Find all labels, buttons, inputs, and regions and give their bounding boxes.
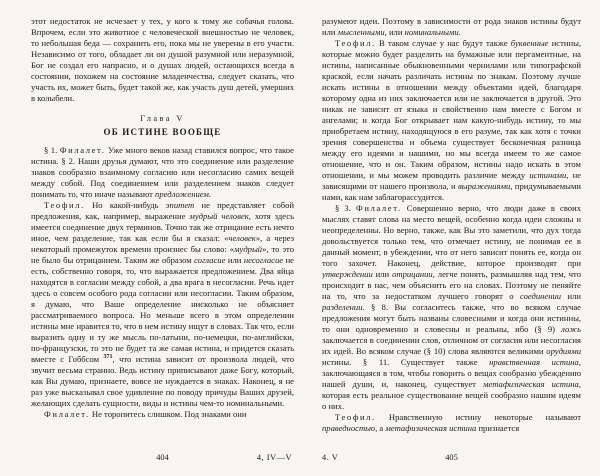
text-segment: истины, которые можно будет разделить на… <box>322 38 581 180</box>
speaker-name: Филалет. <box>60 145 106 155</box>
text-segment: § 3. <box>335 203 356 213</box>
text-segment: орудиями <box>546 346 581 356</box>
text-segment: мысленными, <box>338 27 387 37</box>
text-segment: отрицании, <box>392 269 435 279</box>
chapter-title: ОБ ИСТИНЕ ВООБЩЕ <box>31 127 294 138</box>
speaker-name: Теофил. <box>335 38 376 48</box>
paragraph: этот недостаток не исчезает у тех, у ког… <box>31 16 294 104</box>
page-number: 404 <box>31 452 294 463</box>
paragraph: § 3. Филалет. Совершенно верно, что люди… <box>322 203 581 412</box>
text-segment: мудрый <box>234 244 262 254</box>
paragraph: Филалет. Не торопитесь слишком. Под знак… <box>31 409 294 420</box>
chapter-number: Глава V <box>31 113 294 124</box>
speaker-name: Теофил. <box>335 412 376 422</box>
page-left-footer: 404 4, IV—V <box>31 452 294 463</box>
text-segment: номинальными. <box>405 27 461 37</box>
text-segment: мудрый человек, <box>189 211 251 221</box>
text-segment: § 1. <box>44 145 60 155</box>
text-segment: соединении <box>520 291 561 301</box>
page-number: 405 <box>322 452 581 463</box>
text-segment: признается <box>476 423 519 433</box>
text-segment: В таком случае у нас будут также <box>376 38 511 48</box>
text-segment: предложением. <box>155 189 211 199</box>
text-segment: ложь <box>561 324 581 334</box>
text-segment: несогласие <box>244 255 283 265</box>
page-right-footer: 4. V 405 <box>322 452 581 463</box>
text-segment: которая есть реальное существование веще… <box>322 390 581 411</box>
text-segment: человек <box>228 233 255 243</box>
text-segment: праведностью, <box>322 423 377 433</box>
text-segment: этот недостаток не исчезает у тех, у ког… <box>31 16 294 103</box>
text-segment: Но какой-нибудь <box>85 200 166 210</box>
page-right: разумеют идеи. Поэтому в зависимости от … <box>322 16 581 476</box>
text-segment: метафизическая истина <box>385 423 476 433</box>
text-segment: или <box>387 27 405 37</box>
text-segment: заключается в соединении слов, отличном … <box>322 335 581 356</box>
text-segment: согласие <box>194 255 225 265</box>
text-segment: метафизическая истина, <box>483 379 581 389</box>
text-segment: утверждении <box>322 269 373 279</box>
text-segment: Не торопитесь слишком. Под знаками они <box>90 409 247 419</box>
text-segment: буквенные <box>511 38 549 48</box>
text-segment: или <box>561 291 581 301</box>
paragraph: Теофил. В таком случае у нас будут также… <box>322 38 581 203</box>
signature-mark: 4, IV—V <box>257 452 292 463</box>
paragraph: § 1. Филалет. Уже много веков назад став… <box>31 145 294 200</box>
paragraph: Теофил. Нравственную истину некоторые на… <box>322 412 581 434</box>
paragraph: разумеют идеи. Поэтому в зависимости от … <box>322 16 581 38</box>
text-segment: Нравственную истину некоторые называют <box>376 412 581 422</box>
text-segment: нравственная истина, <box>489 357 581 367</box>
book-spread: этот недостаток не исчезает у тех, у ког… <box>0 0 600 476</box>
text-segment: истинами, <box>529 170 568 180</box>
page-right-content: разумеют идеи. Поэтому в зависимости от … <box>322 16 581 434</box>
text-segment: эпитет <box>166 200 195 210</box>
page-left: этот недостаток не исчезает у тех, у ког… <box>31 16 294 476</box>
text-segment: не есть, собственно говоря, то, что выра… <box>31 255 294 364</box>
text-segment: или <box>373 269 392 279</box>
page-left-content: этот недостаток не исчезает у тех, у ког… <box>31 16 294 420</box>
speaker-name: Филалет. <box>44 409 90 419</box>
text-segment: истины. § 11. Существует также <box>322 357 489 367</box>
text-segment: разделении. <box>322 302 365 312</box>
text-segment: выражениями, <box>458 181 512 191</box>
footnote-reference: 371 <box>104 354 113 360</box>
chapter-heading: Глава VОБ ИСТИНЕ ВООБЩЕ <box>31 113 294 138</box>
text-segment: или <box>225 255 244 265</box>
speaker-name: Теофил. <box>44 200 85 210</box>
speaker-name: Филалет. <box>356 203 402 213</box>
paragraph: Теофил. Но какой-нибудь эпитет не предст… <box>31 200 294 409</box>
